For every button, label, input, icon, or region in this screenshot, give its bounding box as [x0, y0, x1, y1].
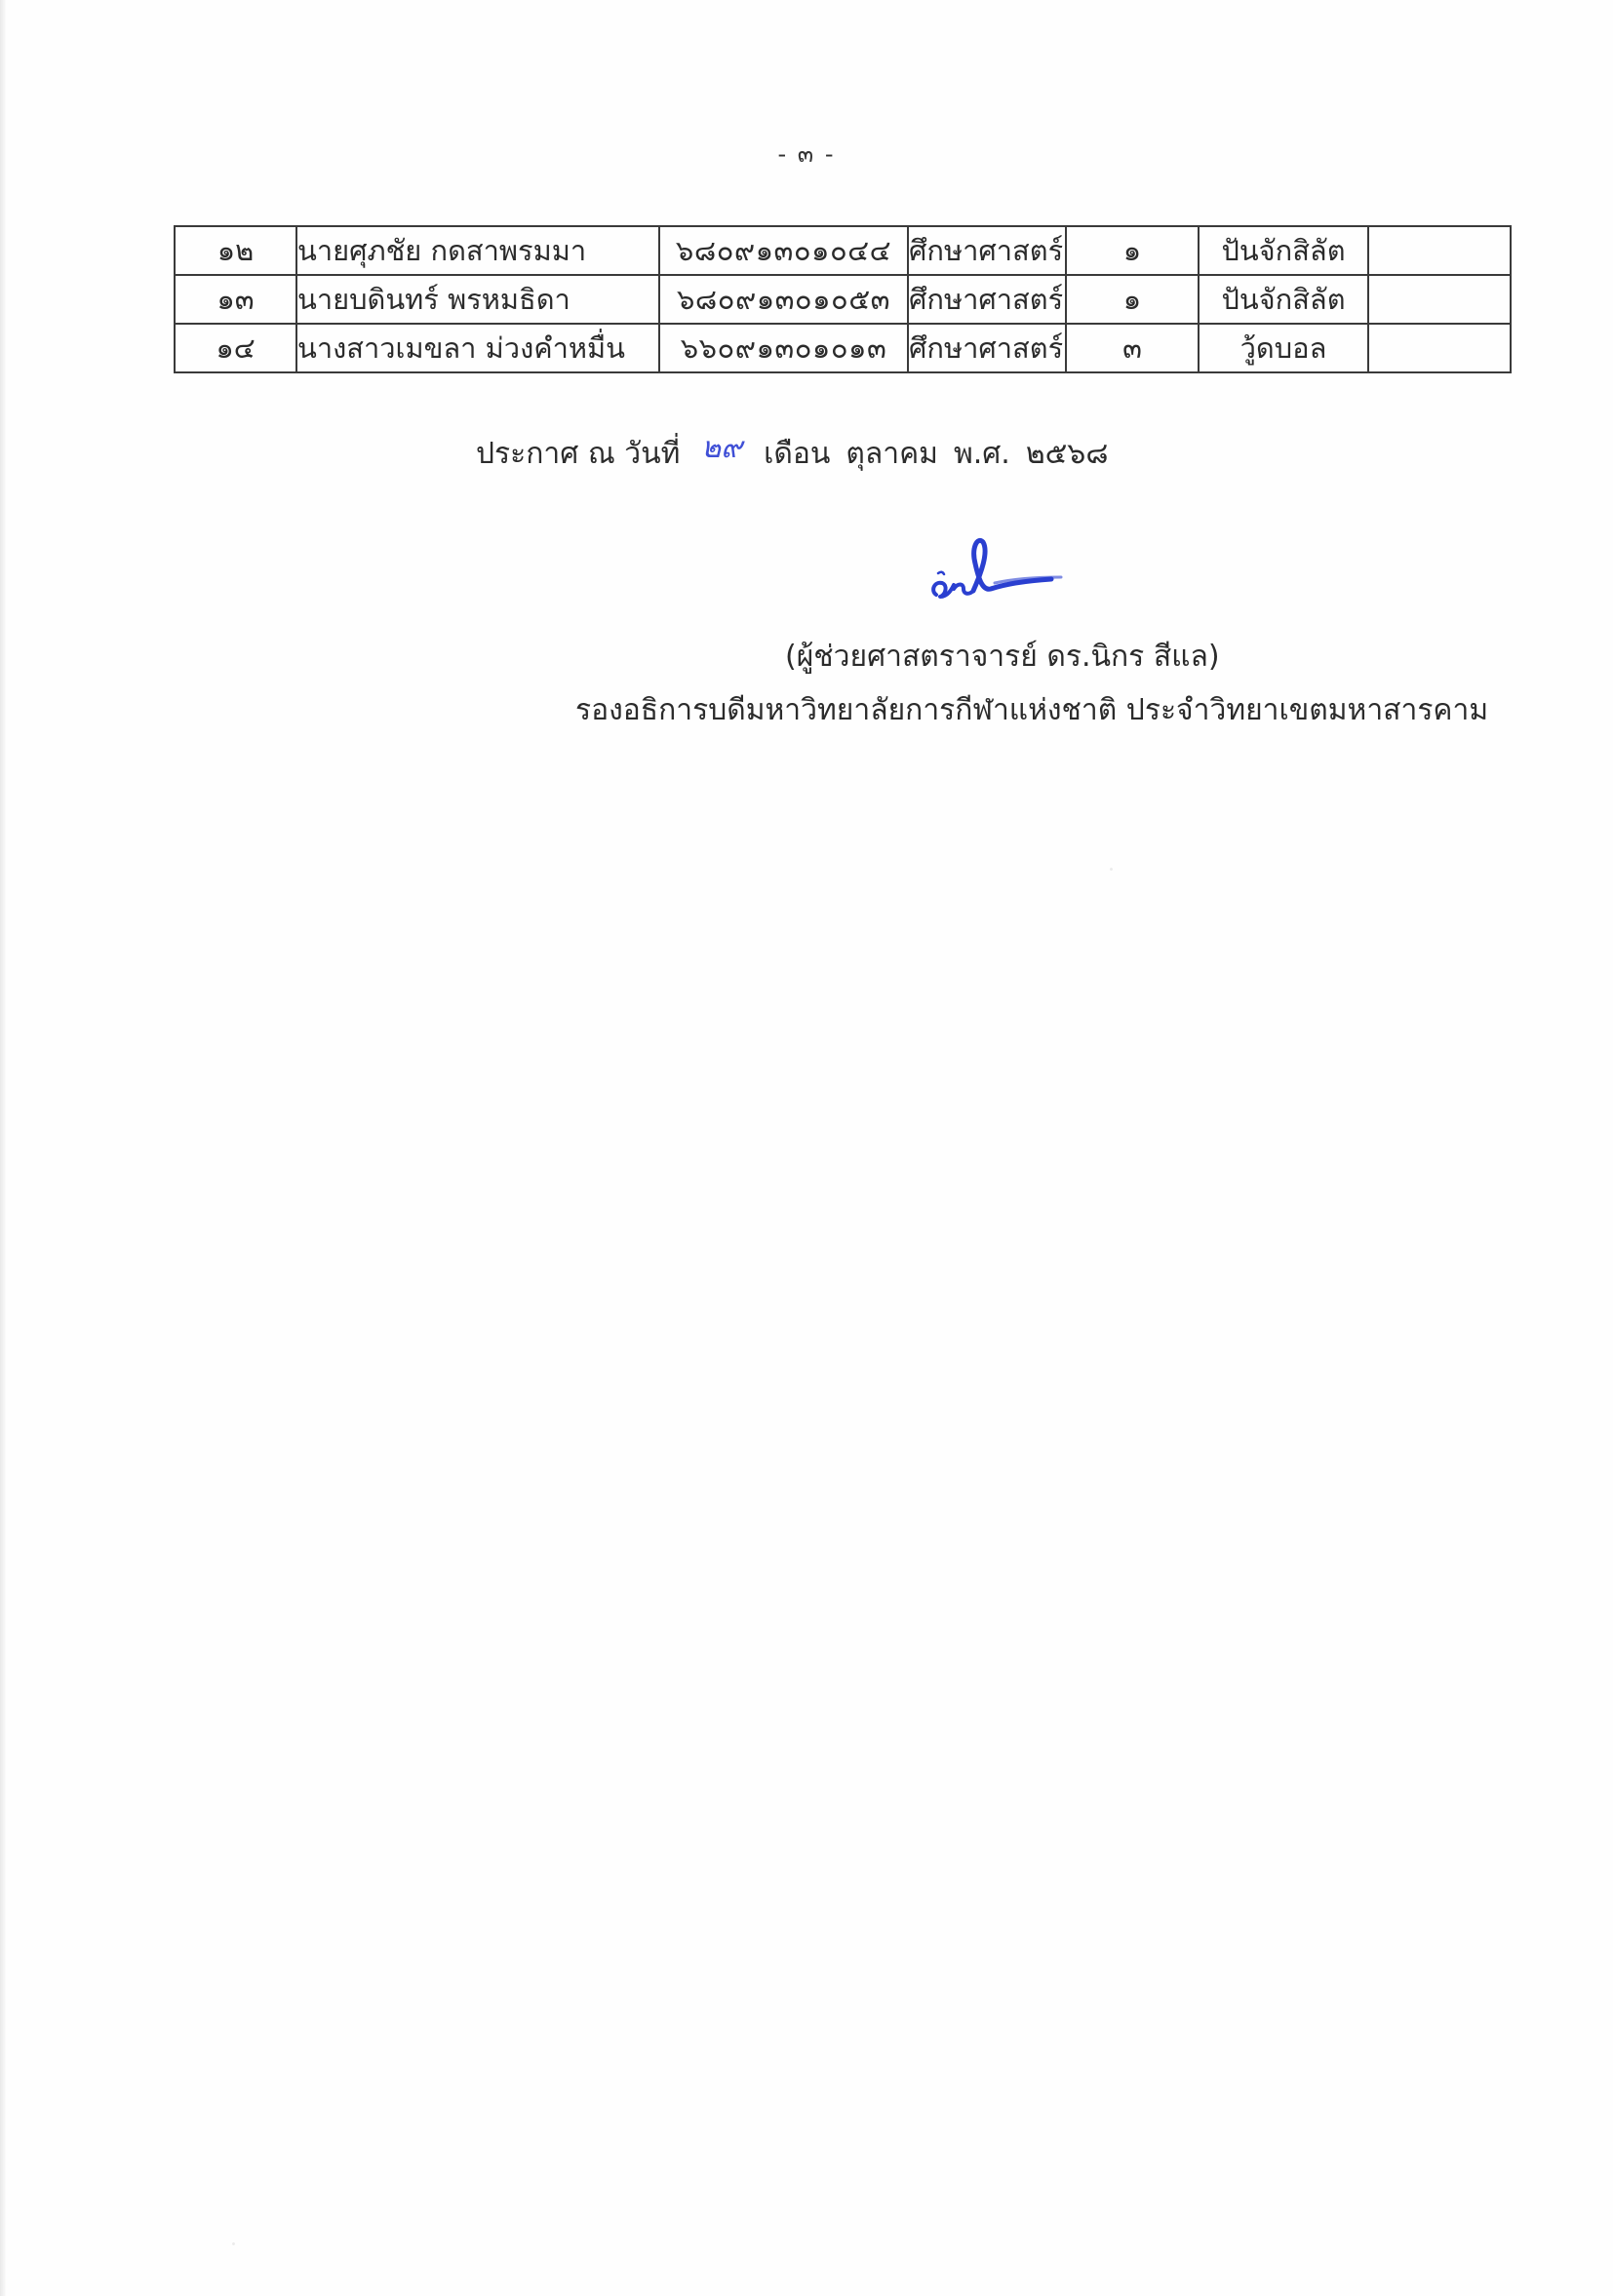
- announcement-date-line: ประกาศ ณ วันที่ ๒๙ เดือน ตุลาคม พ.ศ. ๒๕๖…: [476, 431, 1124, 477]
- signer-name: (ผู้ช่วยศาสตราจารย์ ดร.นิกร สีแล): [785, 634, 1220, 680]
- year-level: ๑: [1066, 226, 1199, 275]
- month: ตุลาคม: [846, 431, 938, 477]
- handwritten-day: ๒๙: [701, 425, 742, 471]
- year-level: ๓: [1066, 324, 1199, 372]
- year: ๒๕๖๘: [1026, 431, 1109, 477]
- sport: ปันจักสิลัต: [1199, 226, 1368, 275]
- student-name: นายศุภชัย กดสาพรมมา: [296, 226, 659, 275]
- table-row: ๑๒ นายศุภชัย กดสาพรมมา ๖๘๐๙๑๓๐๑๐๔๔ ศึกษา…: [175, 226, 1511, 275]
- year-level: ๑: [1066, 275, 1199, 324]
- page-number: - ๓ -: [0, 135, 1613, 173]
- document-page: - ๓ - ๑๒ นายศุภชัย กดสาพรมมา ๖๘๐๙๑๓๐๑๐๔๔…: [0, 0, 1613, 2296]
- signature-icon: [925, 534, 1081, 612]
- scan-edge-shadow: [0, 0, 6, 2296]
- note: [1368, 226, 1511, 275]
- student-name: นางสาวเมขลา ม่วงคำหมื่น: [296, 324, 659, 372]
- row-number: ๑๒: [175, 226, 296, 275]
- table-row: ๑๓ นายบดินทร์ พรหมธิดา ๖๘๐๙๑๓๐๑๐๕๓ ศึกษา…: [175, 275, 1511, 324]
- note: [1368, 324, 1511, 372]
- signer-position: รองอธิการบดีมหาวิทยาลัยการกีฬาแห่งชาติ ป…: [575, 687, 1488, 733]
- scan-speck: [1110, 868, 1113, 871]
- sport: ปันจักสิลัต: [1199, 275, 1368, 324]
- note: [1368, 275, 1511, 324]
- scan-speck: [232, 2242, 235, 2245]
- student-name: นายบดินทร์ พรหมธิดา: [296, 275, 659, 324]
- row-number: ๑๔: [175, 324, 296, 372]
- student-id: ๖๖๐๙๑๓๐๑๐๑๓: [659, 324, 908, 372]
- faculty: ศึกษาศาสตร์: [908, 324, 1066, 372]
- row-number: ๑๓: [175, 275, 296, 324]
- faculty: ศึกษาศาสตร์: [908, 226, 1066, 275]
- faculty: ศึกษาศาสตร์: [908, 275, 1066, 324]
- student-id: ๖๘๐๙๑๓๐๑๐๕๓: [659, 275, 908, 324]
- student-roster-table: ๑๒ นายศุภชัย กดสาพรมมา ๖๘๐๙๑๓๐๑๐๔๔ ศึกษา…: [174, 225, 1512, 373]
- year-label: พ.ศ.: [954, 431, 1010, 477]
- sport: วู้ดบอล: [1199, 324, 1368, 372]
- month-label: เดือน: [764, 431, 830, 477]
- student-id: ๖๘๐๙๑๓๐๑๐๔๔: [659, 226, 908, 275]
- table-row: ๑๔ นางสาวเมขลา ม่วงคำหมื่น ๖๖๐๙๑๓๐๑๐๑๓ ศ…: [175, 324, 1511, 372]
- announcement-prefix: ประกาศ ณ วันที่: [476, 431, 680, 477]
